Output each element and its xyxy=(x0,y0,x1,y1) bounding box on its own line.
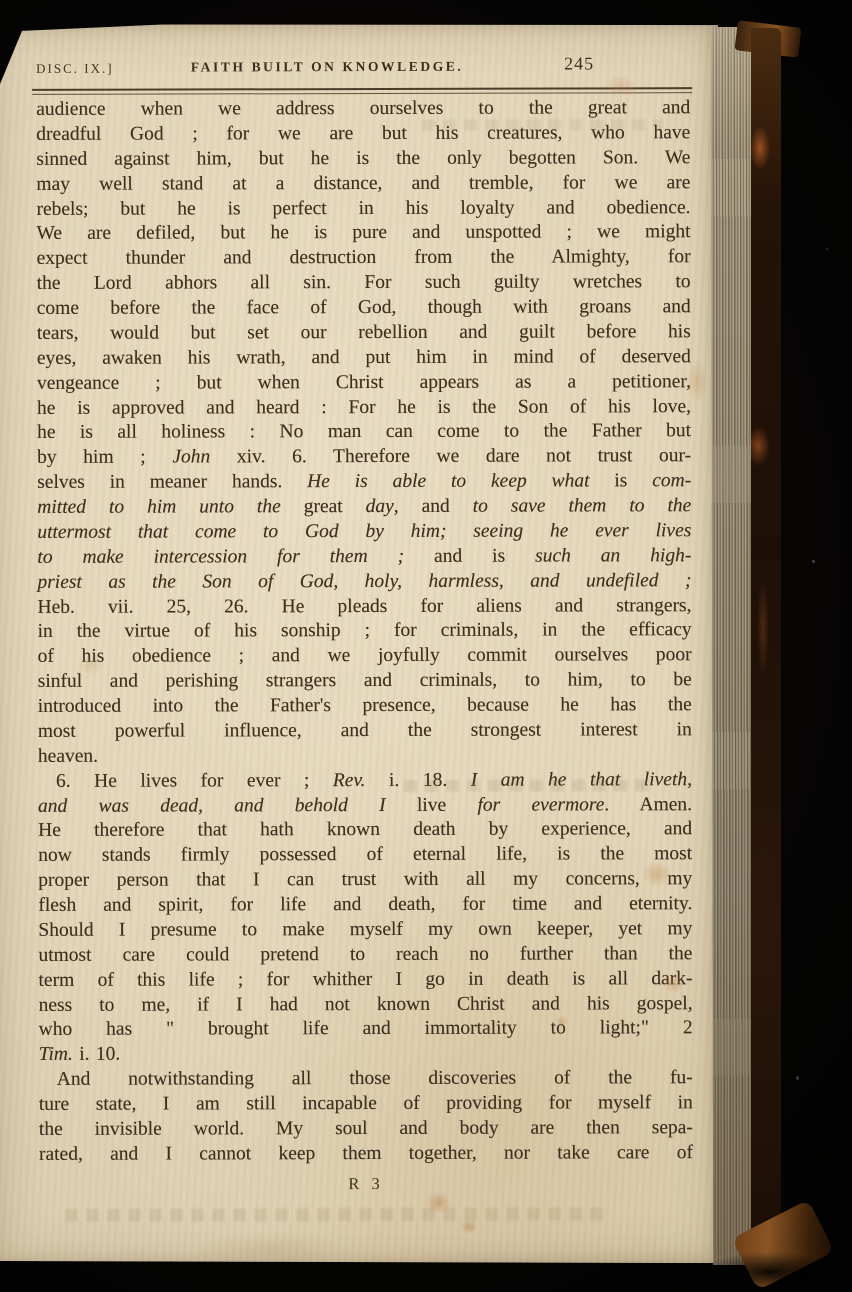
text-line: priest as the Son of God, holy, harmless… xyxy=(37,569,691,596)
running-head-disc: DISC. IX.] xyxy=(36,61,113,77)
text-line: the invisible world. My soul and body ar… xyxy=(39,1116,693,1143)
text-line: vengeance ; but when Christ appears as a… xyxy=(37,370,691,397)
text-line: now stands firmly possessed of eternal l… xyxy=(38,842,692,869)
text-line: mitted to him unto the great day, and to… xyxy=(37,494,691,521)
text-line: to make intercession for them ; and is s… xyxy=(37,544,691,571)
text-line: Heb. vii. 25, 26. He pleads for aliens a… xyxy=(37,594,691,621)
text-line: flesh and spirit, for life and death, fo… xyxy=(38,892,692,919)
text-line: We are defiled, but he is pure and unspo… xyxy=(37,221,691,248)
text-line: 6. He lives for ever ; Rev. i. 18. I am … xyxy=(38,768,692,795)
paper-stain xyxy=(195,1232,345,1268)
text-line: of his obedience ; and we joyfully commi… xyxy=(38,643,692,670)
show-through-smudge xyxy=(65,1207,605,1221)
page-number: 245 xyxy=(564,53,594,74)
text-line: most powerful influence, and the stronge… xyxy=(38,718,692,745)
text-line: who has " brought life and immortality t… xyxy=(39,1017,693,1044)
text-line: dreadful God ; for we are but his creatu… xyxy=(36,121,690,148)
text-line: expect thunder and destruction from the … xyxy=(37,245,691,272)
signature-mark: R 3 xyxy=(39,1173,693,1195)
paper-stain xyxy=(461,1220,477,1234)
text-line: introduced into the Father's presence, b… xyxy=(38,693,692,720)
text-line: rated, and I cannot keep them together, … xyxy=(39,1141,693,1168)
text-line: Tim. i. 10. xyxy=(39,1041,693,1068)
text-line: audience when we address ourselves to th… xyxy=(36,96,690,123)
text-line: rebels; but he is perfect in his loyalty… xyxy=(36,196,690,223)
text-line: he is approved and heard : For he is the… xyxy=(37,395,691,422)
text-line: utmost care could pretend to reach no fu… xyxy=(38,942,692,969)
text-line: in the virtue of his sonship ; for crimi… xyxy=(38,619,692,646)
book-cover-edge xyxy=(751,28,781,1274)
body-text: audience when we address ourselves to th… xyxy=(36,96,693,1167)
text-line: ness to me, if I had not known Christ an… xyxy=(39,992,693,1019)
text-line: Should I presume to make myself my own k… xyxy=(38,917,692,944)
text-line: come before the face of God, though with… xyxy=(37,295,691,322)
dust-speck xyxy=(826,248,828,250)
text-line: He therefore that hath known death by ex… xyxy=(38,818,692,845)
text-line: ture state, I am still incapable of prov… xyxy=(39,1091,693,1118)
text-line: tears, would but set our rebellion and g… xyxy=(37,320,691,347)
text-line: selves in meaner hands. He is able to ke… xyxy=(37,469,691,496)
double-rule xyxy=(32,87,692,95)
text-line: sinful and perishing strangers and crimi… xyxy=(38,668,692,695)
text-line: by him ; John xiv. 6. Therefore we dare … xyxy=(37,444,691,471)
text-line: proper person that I can trust with all … xyxy=(38,867,692,894)
paper-stain xyxy=(425,1192,451,1214)
dust-speck xyxy=(796,1076,799,1080)
running-head-title: FAITH BUILT ON KNOWLEDGE. xyxy=(142,59,512,76)
corner-shadow xyxy=(700,1252,840,1292)
text-line: he is all holiness : No man can come to … xyxy=(37,420,691,447)
text-line: sinned against him, but he is the only b… xyxy=(36,146,690,173)
book-page: DISC. IX.] FAITH BUILT ON KNOWLEDGE. 245… xyxy=(0,23,721,1265)
text-line: uttermost that come to God by him; seein… xyxy=(37,519,691,546)
text-line: eyes, awaken his wrath, and put him in m… xyxy=(37,345,691,372)
photo-frame: DISC. IX.] FAITH BUILT ON KNOWLEDGE. 245… xyxy=(0,0,852,1292)
text-line: may well stand at a distance, and trembl… xyxy=(36,171,690,198)
text-line: the Lord abhors all sin. For such guilty… xyxy=(37,270,691,297)
text-line: heaven. xyxy=(38,743,692,770)
text-line: and was dead, and behold I live for ever… xyxy=(38,793,692,820)
dust-speck xyxy=(812,560,815,563)
text-line: And notwithstanding all those discoverie… xyxy=(39,1066,693,1093)
text-line: term of this life ; for whither I go in … xyxy=(38,967,692,994)
